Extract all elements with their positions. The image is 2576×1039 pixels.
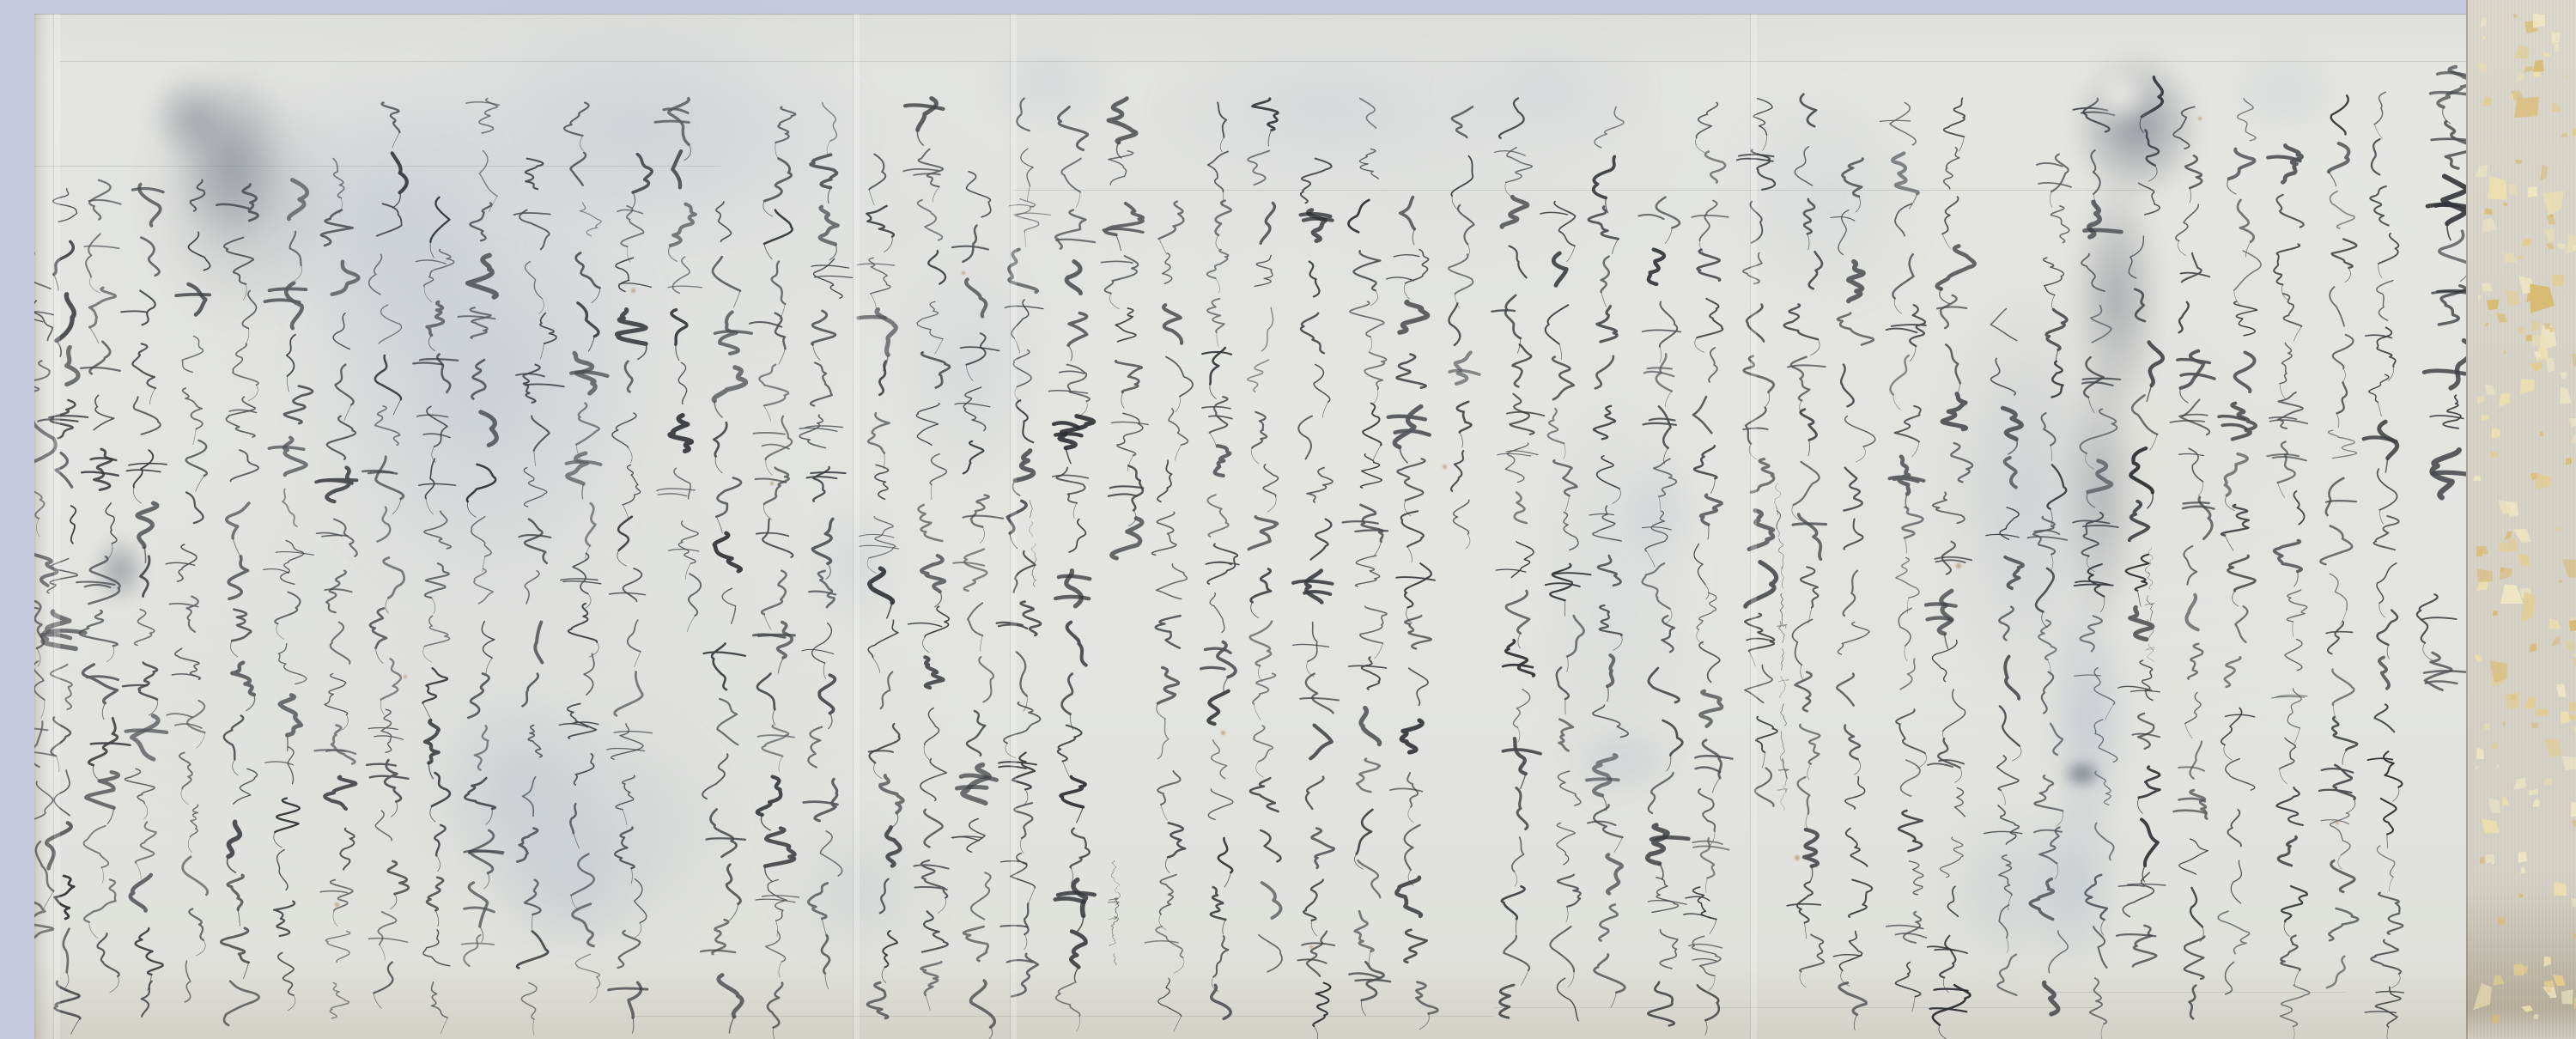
gold-flake xyxy=(2573,726,2576,736)
gold-flake xyxy=(2482,818,2500,833)
gold-flake xyxy=(2545,243,2555,250)
gold-flake xyxy=(2481,415,2489,420)
gold-flake xyxy=(2485,385,2496,395)
gold-flake xyxy=(2536,474,2552,489)
gold-flake xyxy=(2514,45,2529,58)
gold-flake xyxy=(2543,777,2552,785)
gold-flecked-cover-paper xyxy=(2466,0,2576,1039)
gold-flake xyxy=(2544,738,2562,757)
gold-flake xyxy=(2530,362,2543,372)
gold-flake xyxy=(2522,239,2532,247)
gold-flake xyxy=(2533,60,2544,74)
manuscript-photo: { "document": { "type": "handscroll call… xyxy=(0,0,2576,1039)
gold-flake xyxy=(2565,75,2568,77)
gold-flake xyxy=(2477,396,2485,404)
gold-flake xyxy=(2573,653,2576,657)
gold-flake xyxy=(2556,527,2561,532)
gold-flake xyxy=(2569,418,2576,427)
gold-flake xyxy=(2494,975,2505,986)
gold-flake xyxy=(2500,585,2523,605)
gold-flake xyxy=(2504,253,2516,263)
gold-flake xyxy=(2518,852,2527,863)
gold-flake xyxy=(2507,538,2518,553)
gold-flake xyxy=(2532,799,2540,807)
gold-flake xyxy=(2485,323,2489,327)
gold-flake xyxy=(2530,283,2555,313)
gold-flake xyxy=(2476,63,2488,73)
gold-flake xyxy=(2481,283,2492,292)
gold-flake xyxy=(2518,255,2524,259)
gold-flake xyxy=(2533,1014,2539,1019)
gold-flake xyxy=(2561,989,2573,1004)
gold-flake xyxy=(2566,458,2573,465)
gold-flake xyxy=(2553,975,2566,986)
gold-flake xyxy=(2513,14,2518,18)
gold-flake xyxy=(2518,893,2524,898)
gold-flake xyxy=(2537,708,2548,716)
gold-flake xyxy=(2572,353,2576,368)
gold-flake xyxy=(2473,475,2481,481)
gold-flake xyxy=(2482,217,2497,234)
gold-flake xyxy=(2569,620,2576,631)
gold-flake xyxy=(2519,327,2525,335)
gold-flake xyxy=(2543,957,2551,967)
gold-flake xyxy=(2544,229,2555,243)
gold-flake xyxy=(2484,208,2493,215)
gold-flake xyxy=(2571,435,2576,443)
gold-flake xyxy=(2528,789,2538,795)
gold-flake xyxy=(2557,243,2566,249)
gold-flake xyxy=(2498,917,2506,926)
gold-flake xyxy=(2500,567,2512,580)
gold-flake xyxy=(2549,618,2561,629)
gold-flake xyxy=(2525,335,2532,342)
gold-flake xyxy=(2566,234,2576,253)
paper-seam-layer xyxy=(34,14,2576,1039)
gold-flake xyxy=(2499,393,2510,407)
gold-flake xyxy=(2552,33,2561,45)
gold-flake xyxy=(2491,1014,2499,1024)
gold-flake xyxy=(2503,350,2506,353)
gold-flake xyxy=(2530,320,2541,331)
gold-flake xyxy=(2503,203,2508,206)
gold-flake xyxy=(2477,295,2481,300)
gold-flake xyxy=(2532,72,2541,77)
gold-flake xyxy=(2545,357,2555,373)
gold-flake xyxy=(2549,326,2555,332)
gold-flake xyxy=(2506,290,2519,307)
gold-flake xyxy=(2551,636,2561,646)
gold-flake xyxy=(2473,983,2492,1011)
gold-flake xyxy=(2544,981,2555,988)
gold-flake xyxy=(2496,313,2507,322)
gold-flake xyxy=(2503,721,2506,726)
gold-flake xyxy=(2540,431,2544,436)
gold-flake xyxy=(2560,386,2572,404)
gold-flake xyxy=(2520,379,2535,394)
gold-flake xyxy=(2493,611,2499,616)
gold-flake xyxy=(2565,641,2575,651)
gold-flake xyxy=(2531,722,2538,728)
gold-flake xyxy=(2518,554,2530,567)
gold-flake xyxy=(2568,605,2572,607)
gold-flake xyxy=(2502,797,2509,806)
gold-flake xyxy=(2530,643,2537,653)
gold-flake xyxy=(2513,778,2526,791)
gold-flake xyxy=(2475,765,2479,769)
gold-flake xyxy=(2572,820,2576,827)
gold-flake xyxy=(2555,44,2561,52)
paper-seam xyxy=(853,14,854,1039)
gold-flake xyxy=(2476,568,2493,582)
gold-flake xyxy=(2491,743,2498,750)
gold-flake xyxy=(2573,246,2576,251)
gold-flake xyxy=(2498,395,2501,398)
gold-flake xyxy=(2475,165,2488,177)
gold-flake xyxy=(2491,428,2500,439)
gold-flake xyxy=(2562,756,2576,771)
gold-flake xyxy=(2556,684,2567,696)
gold-flake xyxy=(2559,372,2567,380)
paper-seam xyxy=(1010,14,1011,1039)
gold-flake xyxy=(2482,36,2486,41)
gold-flake xyxy=(2476,748,2484,759)
gold-flake xyxy=(2528,186,2537,197)
gold-flake xyxy=(2488,798,2500,813)
paper-seam xyxy=(1750,14,1751,1039)
gold-flake xyxy=(2572,898,2576,907)
gold-flake xyxy=(2475,654,2483,661)
gold-flake xyxy=(2524,66,2533,73)
gold-flake xyxy=(2524,696,2536,708)
gold-flake xyxy=(2515,160,2522,164)
gold-flake xyxy=(2507,184,2518,195)
gold-flake xyxy=(2486,300,2499,310)
gold-flake xyxy=(2536,357,2540,362)
gold-flake xyxy=(2540,164,2548,181)
left-paper-edge xyxy=(34,14,57,1039)
gold-flake xyxy=(2514,97,2539,118)
gold-flake xyxy=(2496,764,2499,768)
gold-flake xyxy=(2555,882,2567,896)
gold-flake xyxy=(2480,857,2485,865)
gold-flake xyxy=(2561,712,2571,724)
gold-flake-layer xyxy=(2468,0,2576,1039)
gold-flake xyxy=(2515,73,2524,82)
scroll-paper: 古今和哥集巻第二 春下 handscroll calligraphy manus… xyxy=(34,14,2576,1039)
gold-flake xyxy=(2551,275,2564,287)
gold-flake xyxy=(2521,1006,2533,1012)
gold-flake xyxy=(2506,692,2521,709)
gold-flake xyxy=(2484,724,2490,731)
gold-flake xyxy=(2482,96,2491,106)
gold-flake xyxy=(2571,802,2576,817)
gold-flake xyxy=(2481,17,2488,27)
gold-flake xyxy=(2488,176,2507,199)
gold-flake xyxy=(2520,867,2526,874)
gold-flake xyxy=(2559,580,2562,583)
gold-flake xyxy=(2543,52,2550,57)
gold-flake xyxy=(2572,128,2576,137)
gold-flake xyxy=(2490,452,2498,459)
gold-flake xyxy=(2543,191,2564,216)
gold-flake xyxy=(2562,559,2576,578)
gold-flake xyxy=(2552,102,2561,112)
gold-flake xyxy=(2569,701,2576,711)
gold-flake xyxy=(2561,133,2568,137)
